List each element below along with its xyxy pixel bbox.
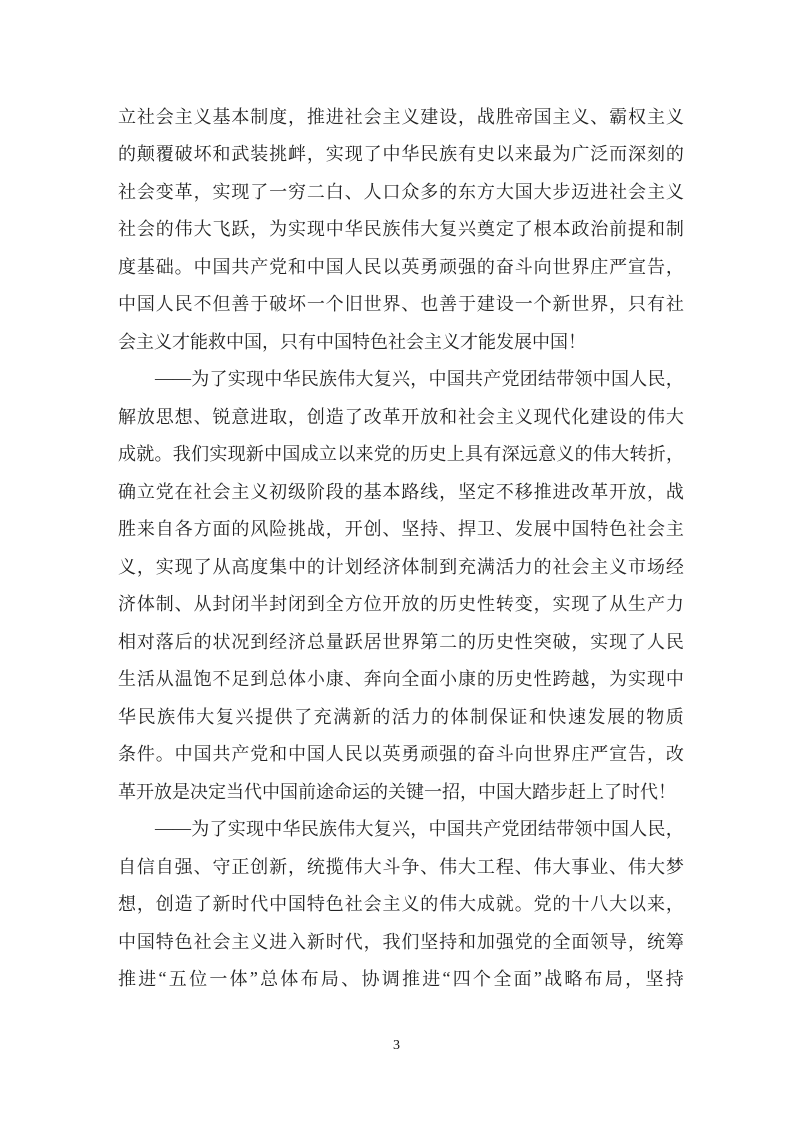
text-line: 中国特色社会主义进入新时代，我们坚持和加强党的全面领导，统筹 — [118, 922, 684, 960]
text-line: 生活从温饱不足到总体小康、奔向全面小康的历史性跨越，为实现中 — [118, 660, 684, 698]
text-line: ——为了实现中华民族伟大复兴，中国共产党团结带领中国人民， — [118, 360, 684, 398]
document-page: 立社会主义基本制度，推进社会主义建设，战胜帝国主义、霸权主义的颠覆破坏和武装挑衅… — [0, 0, 793, 1122]
text-line: 推进“五位一体”总体布局、协调推进“四个全面”战略布局，坚持 — [118, 960, 684, 998]
text-line: ——为了实现中华民族伟大复兴，中国共产党团结带领中国人民， — [118, 810, 684, 848]
text-line: 条件。中国共产党和中国人民以英勇顽强的奋斗向世界庄严宣告，改 — [118, 735, 684, 773]
text-line: 度基础。中国共产党和中国人民以英勇顽强的奋斗向世界庄严宣告， — [118, 247, 684, 285]
text-line: 成就。我们实现新中国成立以来党的历史上具有深远意义的伟大转折， — [118, 435, 684, 473]
text-line: 社会的伟大飞跃，为实现中华民族伟大复兴奠定了根本政治前提和制 — [118, 210, 684, 248]
text-line: 革开放是决定当代中国前途命运的关键一招，中国大踏步赶上了时代！ — [118, 772, 684, 810]
text-line: 义，实现了从高度集中的计划经济体制到充满活力的社会主义市场经 — [118, 547, 684, 585]
document-body: 立社会主义基本制度，推进社会主义建设，战胜帝国主义、霸权主义的颠覆破坏和武装挑衅… — [118, 97, 684, 997]
text-line: 胜来自各方面的风险挑战，开创、坚持、捍卫、发展中国特色社会主 — [118, 510, 684, 548]
text-line: 想，创造了新时代中国特色社会主义的伟大成就。党的十八大以来， — [118, 885, 684, 923]
page-number: 3 — [0, 1038, 793, 1054]
text-line: 自信自强、守正创新，统揽伟大斗争、伟大工程、伟大事业、伟大梦 — [118, 847, 684, 885]
text-line: 的颠覆破坏和武装挑衅，实现了中华民族有史以来最为广泛而深刻的 — [118, 135, 684, 173]
text-line: 社会变革，实现了一穷二白、人口众多的东方大国大步迈进社会主义 — [118, 172, 684, 210]
text-line: 济体制、从封闭半封闭到全方位开放的历史性转变，实现了从生产力 — [118, 585, 684, 623]
text-line: 确立党在社会主义初级阶段的基本路线，坚定不移推进改革开放，战 — [118, 472, 684, 510]
text-line: 中国人民不但善于破坏一个旧世界、也善于建设一个新世界，只有社 — [118, 285, 684, 323]
text-line: 解放思想、锐意进取，创造了改革开放和社会主义现代化建设的伟大 — [118, 397, 684, 435]
text-line: 立社会主义基本制度，推进社会主义建设，战胜帝国主义、霸权主义 — [118, 97, 684, 135]
text-line: 华民族伟大复兴提供了充满新的活力的体制保证和快速发展的物质 — [118, 697, 684, 735]
text-line: 相对落后的状况到经济总量跃居世界第二的历史性突破，实现了人民 — [118, 622, 684, 660]
text-line: 会主义才能救中国，只有中国特色社会主义才能发展中国！ — [118, 322, 684, 360]
